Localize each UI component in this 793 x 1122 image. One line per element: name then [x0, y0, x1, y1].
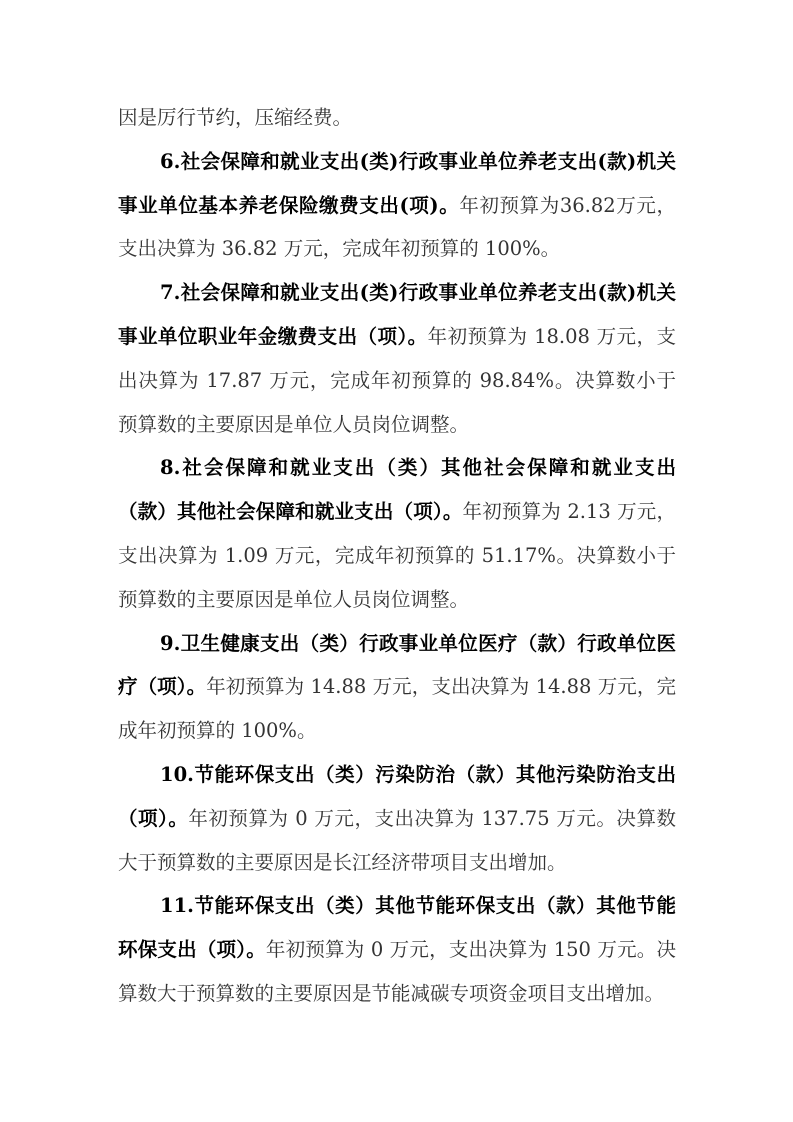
paragraph-item-10: 10.节能环保支出（类）污染防治（款）其他污染防治支出（项）。年初预算为 0 万…: [118, 753, 676, 884]
paragraph-item-6: 6.社会保障和就业支出(类)行政事业单位养老支出(款)机关事业单位基本养老保险缴…: [118, 140, 676, 271]
paragraph-5-continuation: 因是厉行节约，压缩经费。: [118, 96, 676, 140]
paragraph-item-7: 7.社会保障和就业支出(类)行政事业单位养老支出(款)机关事业单位职业年金缴费支…: [118, 271, 676, 446]
paragraph-item-9: 9.卫生健康支出（类）行政事业单位医疗（款）行政单位医疗（项）。年初预算为 14…: [118, 622, 676, 753]
document-page: 因是厉行节约，压缩经费。 6.社会保障和就业支出(类)行政事业单位养老支出(款)…: [118, 96, 676, 1016]
paragraph-item-11: 11.节能环保支出（类）其他节能环保支出（款）其他节能环保支出（项）。年初预算为…: [118, 884, 676, 1015]
paragraph-body: 年初预算为 0 万元，支出决算为 137.75 万元。决算数大于预算数的主要原因…: [118, 807, 676, 874]
paragraph-item-8: 8.社会保障和就业支出（类）其他社会保障和就业支出（款）其他社会保障和就业支出（…: [118, 446, 676, 621]
paragraph-body: 因是厉行节约，压缩经费。: [118, 106, 352, 129]
